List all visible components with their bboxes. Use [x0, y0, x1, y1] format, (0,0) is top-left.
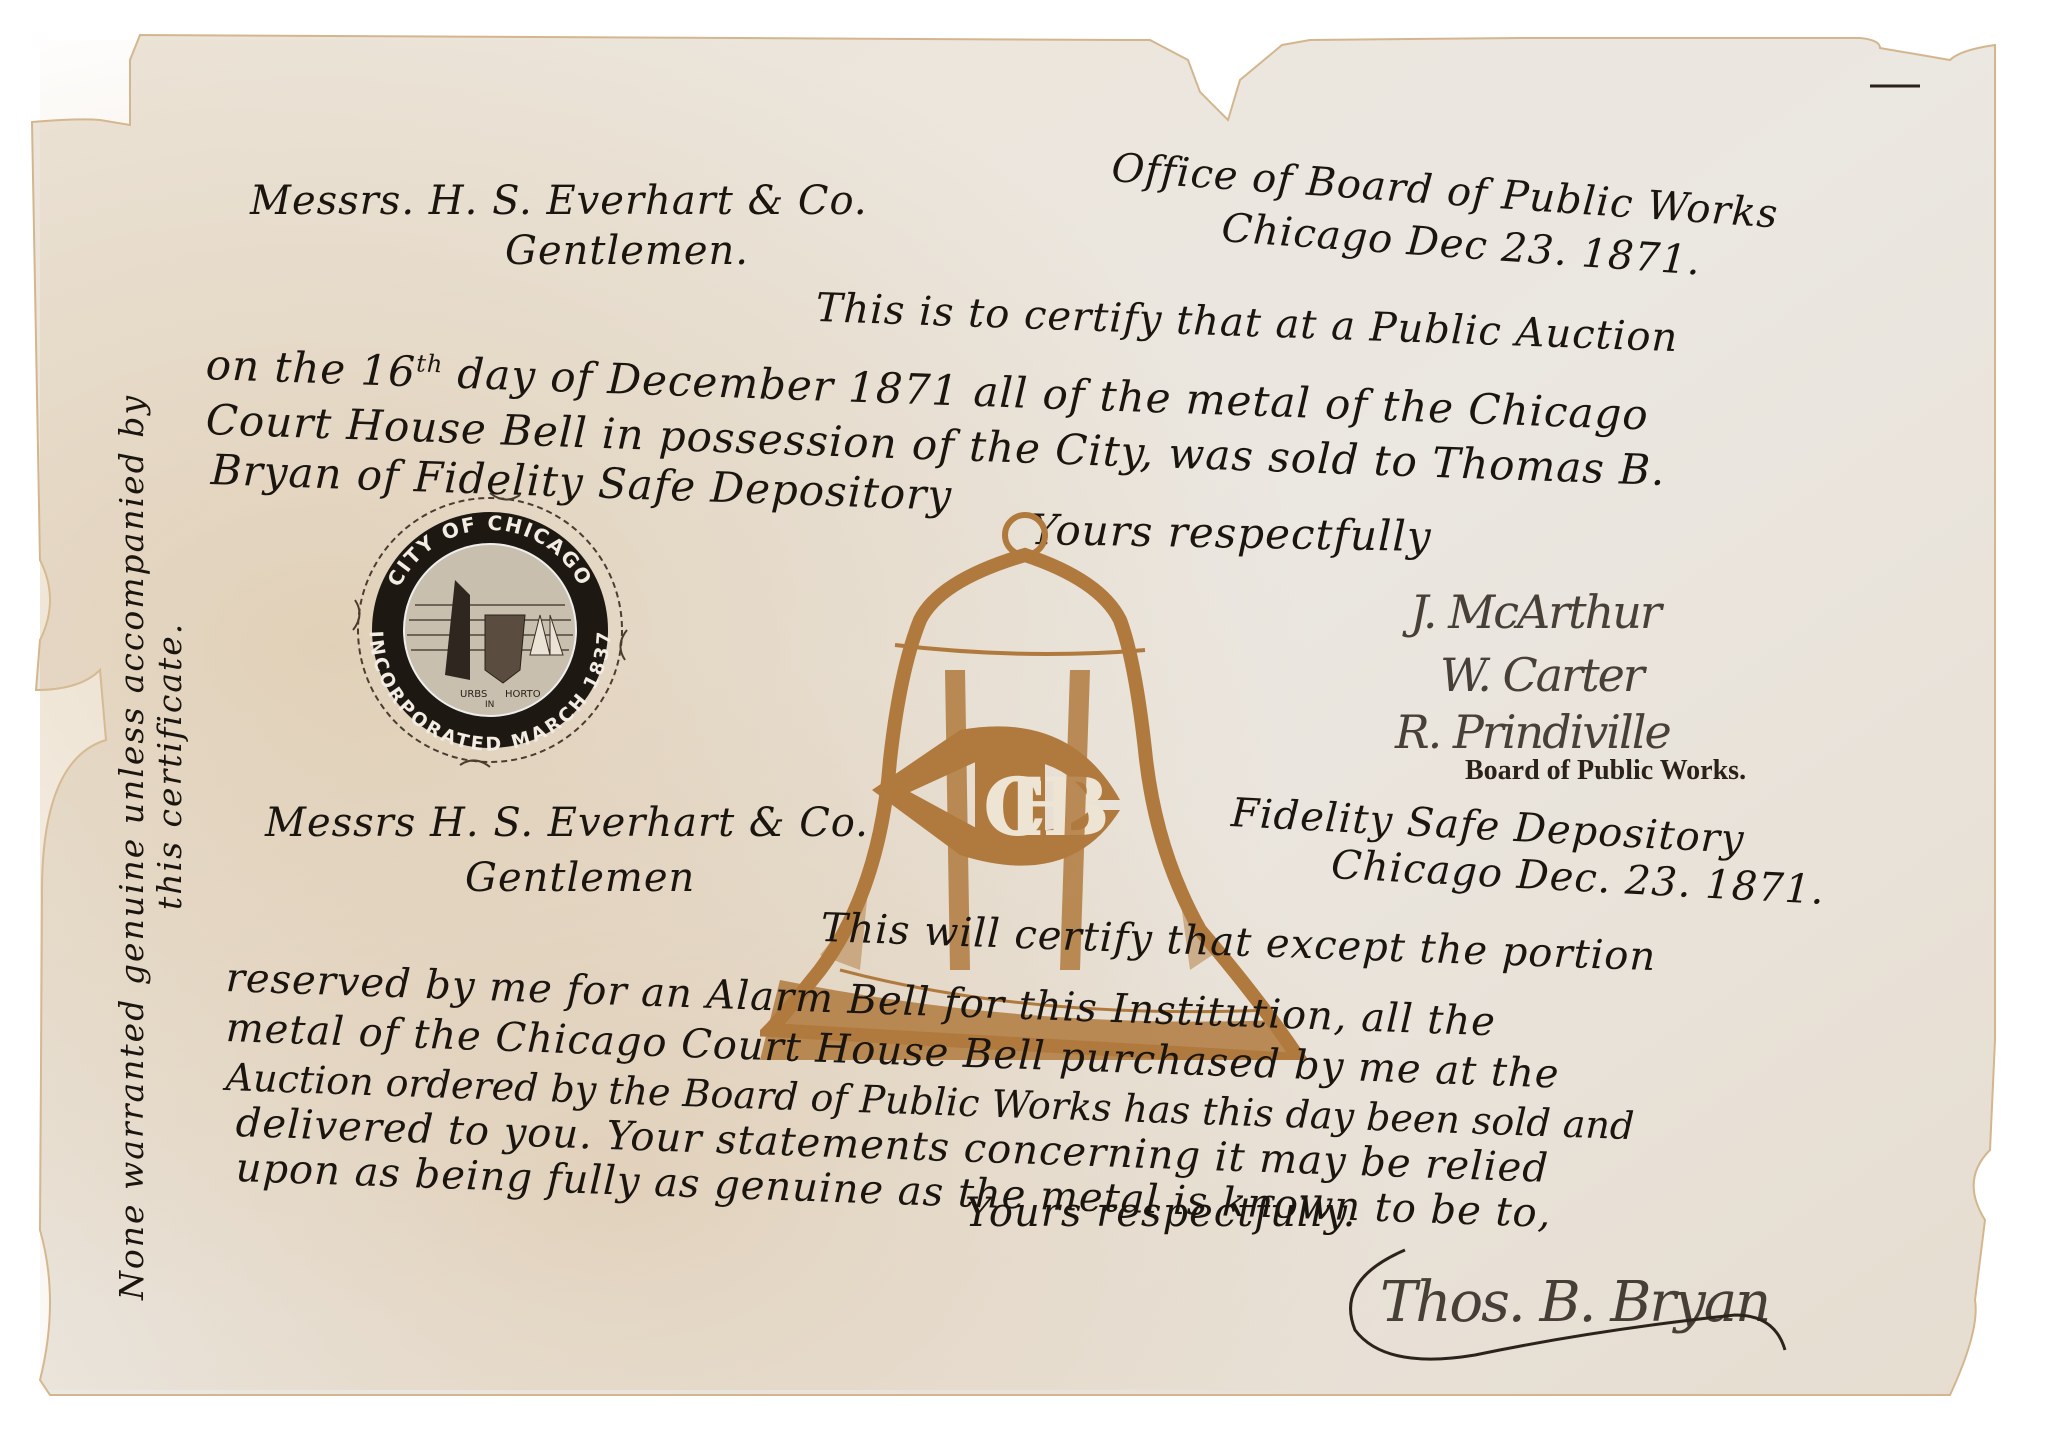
upper-addressee: Messrs. H. S. Everhart & Co.: [250, 178, 868, 224]
lower-salutation: Gentlemen: [465, 855, 695, 901]
upper-body-line2-pre: on the 16: [205, 340, 417, 396]
signature-caption: Board of Public Works.: [1465, 755, 1746, 787]
signature-mcarthur: J. McArthur: [1410, 585, 1660, 639]
margin-note-line1: None warranted genuine unless accompanie…: [112, 394, 151, 1300]
seal-motto-right: HORTO: [505, 689, 541, 700]
certificate-paper: None warranted genuine unless accompanie…: [0, 0, 2048, 1430]
margin-note-line2: this certificate.: [150, 622, 189, 910]
lower-closing: Yours respectfully.: [965, 1190, 1356, 1236]
lower-addressee: Messrs H. S. Everhart & Co.: [265, 800, 869, 846]
signature-flourish-icon: [1345, 1240, 1845, 1370]
signature-prindiville: R. Prindiville: [1395, 705, 1670, 759]
city-of-chicago-seal-icon: CITY OF CHICAGO INCORPORATED MARCH 1837 …: [345, 485, 635, 775]
seal-motto-left: URBS: [460, 689, 487, 700]
upper-body-line2-sup: th: [416, 349, 444, 378]
upper-salutation: Gentlemen.: [505, 228, 749, 274]
seal-motto-mid: IN: [485, 700, 494, 710]
signature-carter: W. Carter: [1440, 648, 1643, 702]
